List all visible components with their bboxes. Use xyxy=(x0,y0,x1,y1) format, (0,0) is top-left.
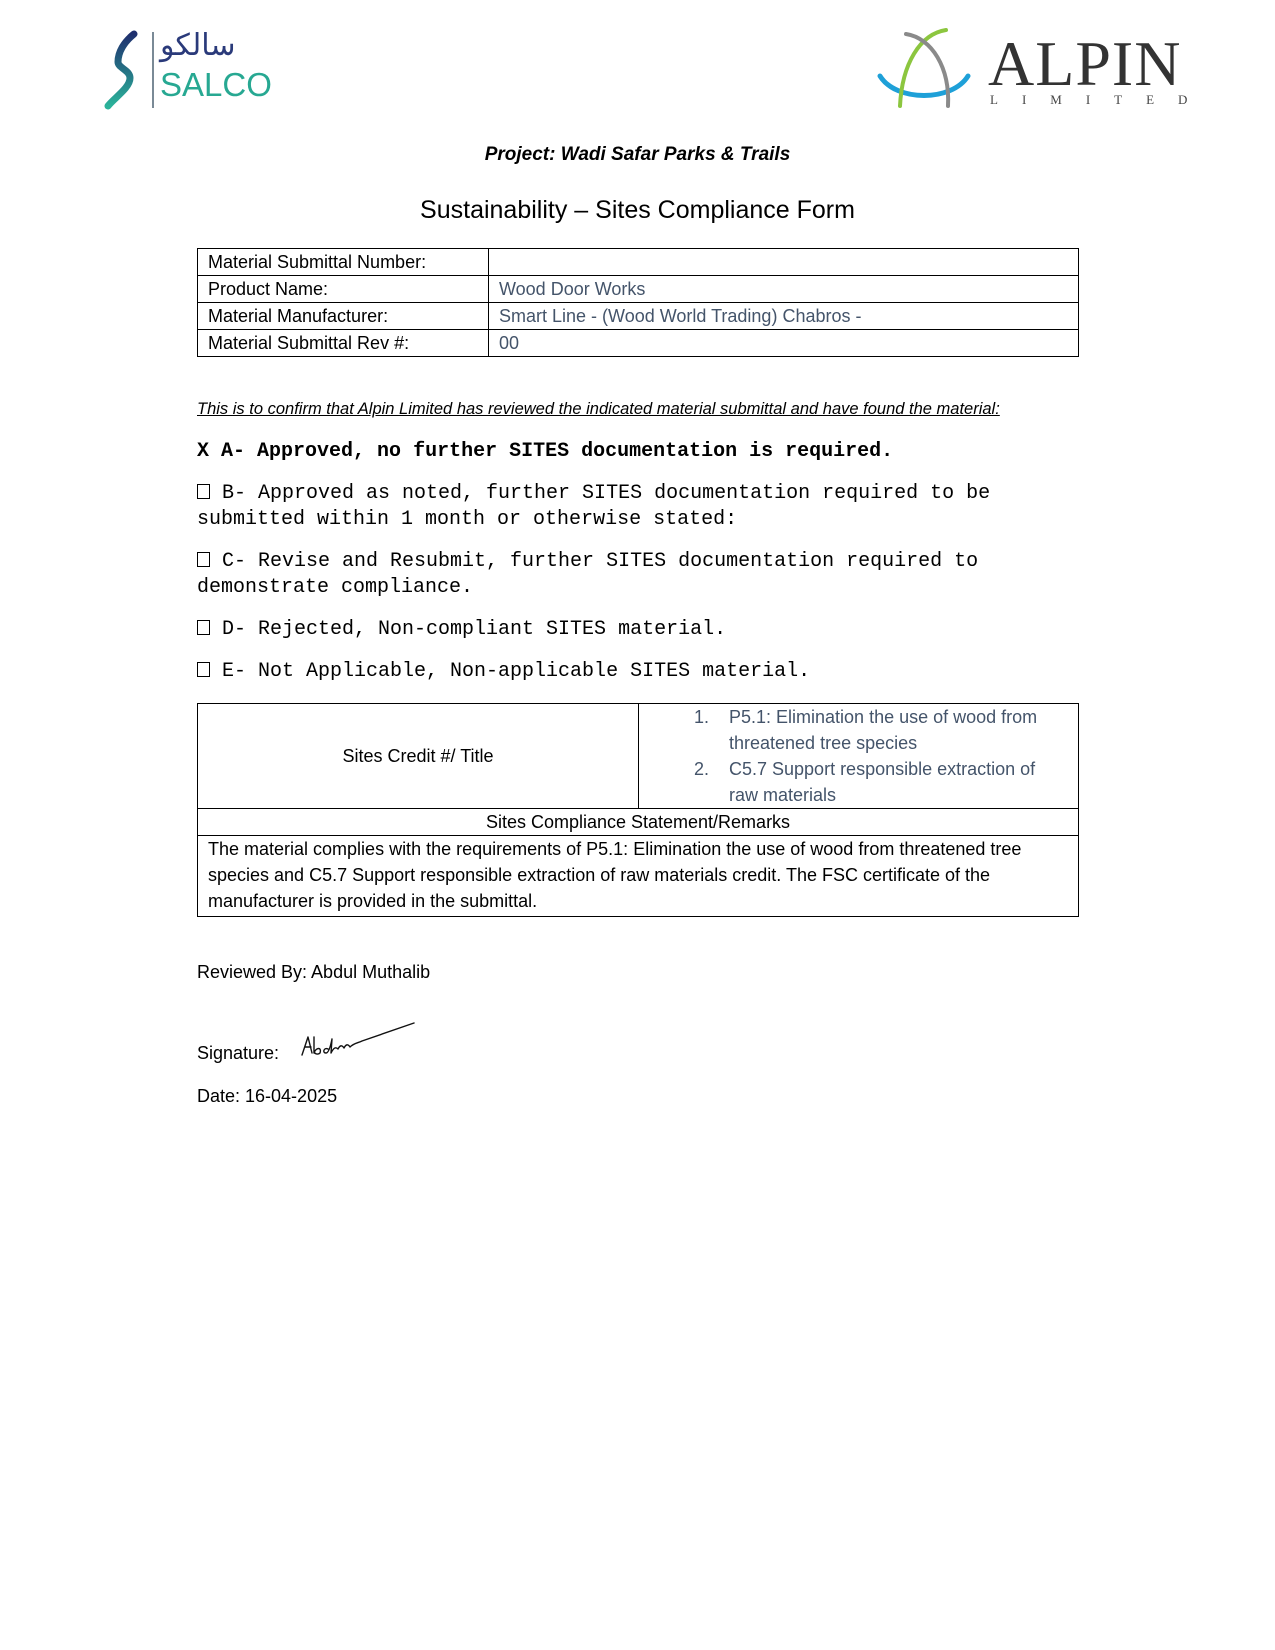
credit-list-cell: 1.P5.1: Elimination the use of wood from… xyxy=(639,704,1079,809)
form-title: Sustainability – Sites Compliance Form xyxy=(0,196,1275,225)
salco-s-mark-icon xyxy=(100,28,150,112)
table-row: Sites Credit #/ Title 1.P5.1: Eliminatio… xyxy=(198,704,1079,809)
option-b: B- Approved as noted, further SITES docu… xyxy=(197,481,1077,533)
alpin-text: ALPIN xyxy=(988,32,1181,96)
credit-list: 1.P5.1: Elimination the use of wood from… xyxy=(649,704,1068,808)
checkbox-icon xyxy=(197,552,210,567)
list-item: 2.C5.7 Support responsible extraction of… xyxy=(649,756,1068,808)
option-a: X A- Approved, no further SITES document… xyxy=(197,439,1077,465)
remarks-text: The material complies with the requireme… xyxy=(198,836,1079,917)
option-text: E- Not Applicable, Non-applicable SITES … xyxy=(222,660,810,683)
remarks-header: Sites Compliance Statement/Remarks xyxy=(198,809,1079,836)
table-row: Material Manufacturer: Smart Line - (Woo… xyxy=(198,303,1079,330)
confirmation-statement: This is to confirm that Alpin Limited ha… xyxy=(197,400,1000,419)
info-label: Material Submittal Rev #: xyxy=(198,330,489,357)
option-text: B- Approved as noted, further SITES docu… xyxy=(197,482,990,531)
reviewed-by: Reviewed By: Abdul Muthalib xyxy=(197,962,430,983)
submittal-number-value xyxy=(489,249,1079,276)
alpin-logo: ALPIN LIMITED xyxy=(876,24,1176,114)
checkbox-icon xyxy=(197,484,210,499)
info-label: Product Name: xyxy=(198,276,489,303)
option-text: C- Revise and Resubmit, further SITES do… xyxy=(197,550,978,599)
option-d: D- Rejected, Non-compliant SITES materia… xyxy=(197,617,1077,643)
alpin-globe-icon xyxy=(876,24,976,114)
salco-logo: سالكو SALCO xyxy=(100,28,270,112)
manufacturer-value: Smart Line - (Wood World Trading) Chabro… xyxy=(489,303,1079,330)
signature-label: Signature: xyxy=(197,1043,279,1064)
salco-text: SALCO xyxy=(160,66,272,104)
credit-table: Sites Credit #/ Title 1.P5.1: Eliminatio… xyxy=(197,703,1079,917)
checkbox-icon xyxy=(197,662,210,677)
table-row: The material complies with the requireme… xyxy=(198,836,1079,917)
table-row: Sites Compliance Statement/Remarks xyxy=(198,809,1079,836)
table-row: Product Name: Wood Door Works xyxy=(198,276,1079,303)
info-label: Material Manufacturer: xyxy=(198,303,489,330)
info-label: Material Submittal Number: xyxy=(198,249,489,276)
salco-arabic-text: سالكو xyxy=(160,28,235,63)
list-item: 1.P5.1: Elimination the use of wood from… xyxy=(649,704,1068,756)
table-row: Material Submittal Rev #: 00 xyxy=(198,330,1079,357)
project-title: Project: Wadi Safar Parks & Trails xyxy=(0,144,1275,166)
alpin-subtext: LIMITED xyxy=(990,92,1211,108)
option-c: C- Revise and Resubmit, further SITES do… xyxy=(197,549,1077,601)
option-e: E- Not Applicable, Non-applicable SITES … xyxy=(197,659,1077,685)
review-date: Date: 16-04-2025 xyxy=(197,1086,337,1107)
table-row: Material Submittal Number: xyxy=(198,249,1079,276)
signature-icon xyxy=(298,1003,418,1061)
revision-value: 00 xyxy=(489,330,1079,357)
option-text: D- Rejected, Non-compliant SITES materia… xyxy=(222,618,726,641)
product-name-value: Wood Door Works xyxy=(489,276,1079,303)
submittal-info-table: Material Submittal Number: Product Name:… xyxy=(197,248,1079,357)
checked-mark: X xyxy=(197,440,209,463)
checkbox-icon xyxy=(197,620,210,635)
credit-label: Sites Credit #/ Title xyxy=(198,704,639,809)
logo-divider xyxy=(152,32,154,108)
option-text: A- Approved, no further SITES documentat… xyxy=(221,440,893,463)
